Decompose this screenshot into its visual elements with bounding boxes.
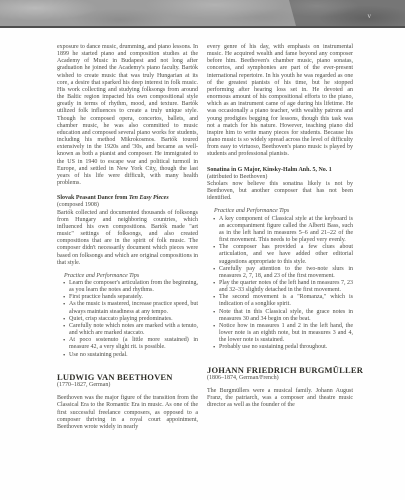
tip-item: First practice hands separately. [69, 294, 198, 301]
composer-dates-burgmuller: (1806–1874, German/French) [207, 375, 353, 383]
slovak-piece-description: Bartók collected and documented thousand… [57, 210, 198, 267]
piece-title-sonatina: Sonatina in G Major, Kinsky-Halm Anh. 5,… [207, 167, 353, 174]
tips-heading-left: Practice and Performance Tips [64, 273, 198, 280]
tip-item: Quiet, crisp staccato playing predominat… [69, 316, 198, 323]
tip-item: At poco sostenuto (a little more sustain… [69, 337, 198, 351]
tips-heading-right: Practice and Performance Tips [214, 208, 353, 215]
tip-item: Probably use no sustaining pedal through… [219, 344, 353, 351]
tip-item: Carefully note which notes are marked wi… [69, 323, 198, 337]
sonatina-piece-description: Scholars now believe this sonatina likel… [207, 181, 353, 202]
tip-item: As the music is mastered, increase pract… [69, 301, 198, 315]
piece-subtitle-composed: (composed 1908) [57, 202, 198, 209]
page-header-band: v [0, 0, 405, 28]
piece-title-collection: Ten Easy Pieces [129, 195, 169, 201]
tip-item: Play the quarter notes of the left hand … [219, 280, 353, 294]
tip-item: Learn the composer's articulation from t… [69, 280, 198, 294]
page-number: v [368, 13, 372, 20]
left-column: exposure to dance music, drumming, and p… [57, 44, 198, 431]
bartok-bio-continuation: exposure to dance music, drumming, and p… [57, 44, 198, 187]
tip-item: Use no sustaining pedal. [69, 352, 198, 359]
tip-item: Carefully pay attention to the two-note … [219, 266, 353, 280]
piece-title-text: Slovak Peasant Dance from [57, 195, 129, 201]
tip-item: The second movement is a "Romanza," whic… [219, 294, 353, 308]
composer-heading-burgmuller: JOHANN FRIEDRICH BURGMÜLLER [207, 365, 353, 375]
beethoven-bio-start: Beethoven was the major figure of the tr… [57, 395, 198, 431]
tip-item: Note that in this Classical style, the g… [219, 309, 353, 323]
piece-subtitle-attributed: (attributed to Beethoven) [207, 174, 353, 181]
right-column: every genre of his day, with emphasis on… [207, 44, 353, 410]
tip-item: The composer has provided a few clues ab… [219, 244, 353, 265]
tips-list-right: A key component of Classical style at th… [207, 216, 353, 352]
composer-dates-beethoven: (1770–1827, German) [57, 382, 198, 390]
tip-item: A key component of Classical style at th… [219, 216, 353, 245]
book-page: v exposure to dance music, drumming, and… [0, 0, 405, 500]
burgmuller-bio-start: The Burgmüllers were a musical family. J… [207, 388, 353, 409]
composer-heading-beethoven: LUDWIG VAN BEETHOVEN [57, 372, 198, 382]
tips-list-left: Learn the composer's articulation from t… [57, 280, 198, 359]
beethoven-bio-continuation: every genre of his day, with emphasis on… [207, 44, 353, 159]
tip-item: Notice how in measures 1 and 2 in the le… [219, 323, 353, 344]
header-corner-block: v [287, 0, 405, 26]
